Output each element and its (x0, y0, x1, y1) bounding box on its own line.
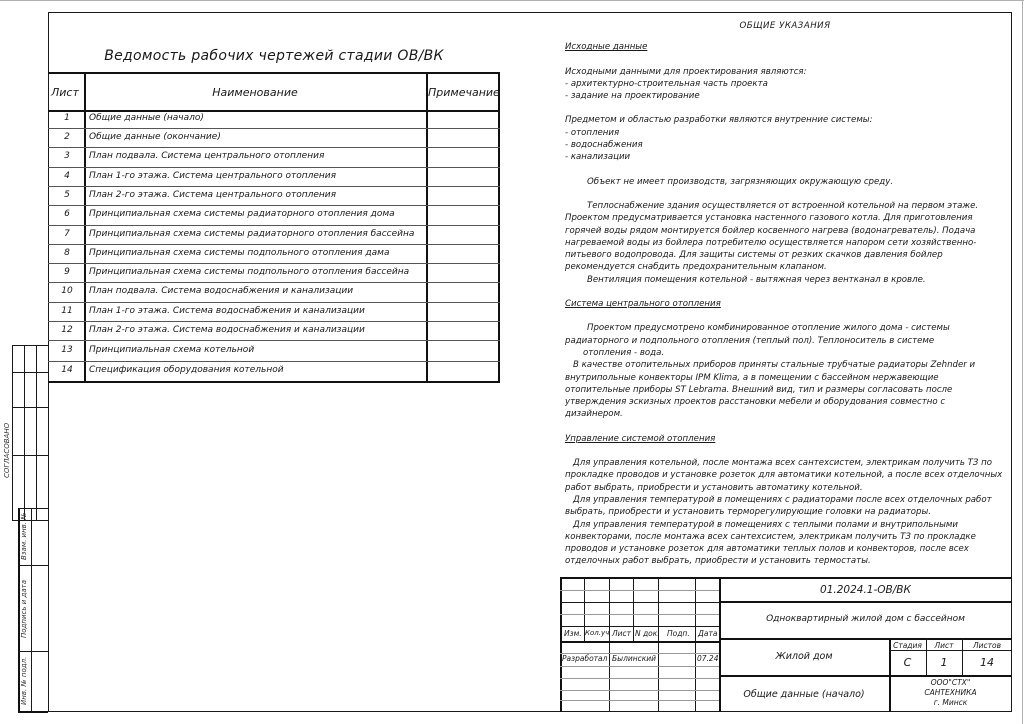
notes-text: Исходными данными для проектирования явл… (565, 66, 1005, 78)
agreed-label: СОГЛАСОВАНО (3, 423, 11, 478)
notes-text: Проектом предусмотрено комбинированное о… (565, 322, 1005, 347)
ledger-row-name: Спецификация оборудования котельной (89, 365, 284, 375)
ledger-row-sheet: 5 (50, 190, 84, 200)
ledger-row-sheet: 7 (50, 229, 84, 239)
tb-sheet: 1 (926, 656, 962, 669)
tb-sheets: 14 (962, 656, 1012, 669)
section-heading-heating: Система центрального отопления (565, 298, 1005, 310)
section-heading-source-data: Исходные данные (565, 41, 1005, 53)
ledger-row-sheet: 3 (50, 151, 84, 161)
ledger-row-name: План 2-го этажа. Система центрального от… (89, 190, 336, 200)
tb-stage: С (889, 656, 926, 669)
tb-sheets-label: Листов (962, 641, 1012, 650)
ledger-row-name: Общие данные (начало) (89, 113, 204, 123)
tb-building: Жилой дом (719, 651, 889, 662)
section-heading-control: Управление системой отопления (565, 433, 1005, 445)
ledger-row-sheet: 13 (50, 345, 84, 355)
tb-header-sign: Подп. (667, 629, 690, 638)
notes-text: Для управления температурой в помещениях… (565, 519, 1005, 568)
notes-text: Вентиляция помещения котельной - вытяжна… (565, 274, 1005, 286)
ledger-row-sheet: 6 (50, 209, 84, 219)
ledger-title: Ведомость рабочих чертежей стадии ОВ/ВК (48, 48, 500, 64)
notes-text: В качестве отопительных приборов приняты… (565, 359, 1005, 420)
ledger-row-name: План 1-го этажа. Система водоснабжения и… (89, 306, 365, 316)
general-notes: ОБЩИЕ УКАЗАНИЯ Исходные данные Исходными… (565, 20, 1005, 568)
tb-code: 01.2024.1-ОВ/ВК (719, 584, 1012, 596)
page-edge (1022, 0, 1023, 724)
tb-date: 07.24 (697, 654, 718, 663)
ledger-row-sheet: 12 (50, 325, 84, 335)
notes-title: ОБЩИЕ УКАЗАНИЯ (565, 20, 1005, 32)
ledger-row-name: Общие данные (окончание) (89, 132, 221, 142)
ledger-row-name: Принципиальная схема котельной (89, 345, 254, 355)
ledger-row-name: Принципиальная схема системы подпольного… (89, 248, 389, 258)
notes-text: Для управления температурой в помещениях… (565, 494, 1005, 519)
page-edge (0, 0, 1024, 1)
ledger-header-note: Примечание (428, 86, 500, 99)
tb-header-change: Изм. (564, 629, 582, 638)
ledger-row-sheet: 14 (50, 365, 84, 375)
ledger-row-sheet: 9 (50, 267, 84, 277)
tb-stage-label: Стадия (889, 641, 926, 650)
ledger-row-sheet: 10 (50, 286, 84, 296)
ledger-row-sheet: 8 (50, 248, 84, 258)
tb-organization: ООО"СТХ" САНТЕХНИКА г. Минск (889, 678, 1012, 708)
ledger-row-name: Принципиальная схема системы радиаторног… (89, 229, 414, 239)
tb-developer: Былинский (612, 654, 656, 663)
sign-date-label: Подпись и дата (20, 580, 28, 638)
notes-text: Объект не имеет производств, загрязняющи… (565, 176, 1005, 188)
notes-list-item: - архитектурно-строительная часть проект… (565, 78, 1005, 90)
tb-header-date: Дата (698, 629, 717, 638)
notes-text: Предметом и областью разработки являются… (565, 114, 1005, 126)
tb-header-docno: N док. (635, 629, 660, 638)
tb-sheet-label: Лист (926, 641, 962, 650)
tb-header-sheet: Лист (612, 629, 631, 638)
notes-text: отопления - вода. (565, 347, 1005, 359)
ledger-row-name: План 2-го этажа. Система водоснабжения и… (89, 325, 365, 335)
notes-list-item: - канализации (565, 151, 1005, 163)
inv-orig-label: Инв. № подл. (20, 657, 28, 705)
tb-header-qty: Кол.уч (585, 629, 609, 637)
tb-org-line: САНТЕХНИКА (889, 688, 1012, 698)
ledger-row-name: План подвала. Система водоснабжения и ка… (89, 286, 353, 296)
tb-org-line: г. Минск (889, 698, 1012, 708)
ledger-row-sheet: 2 (50, 132, 84, 142)
ledger-header-sheet: Лист (51, 86, 79, 99)
ledger-row-name: План подвала. Система центрального отопл… (89, 151, 324, 161)
ledger-row-sheet: 11 (50, 306, 84, 316)
notes-list-item: - отопления (565, 127, 1005, 139)
notes-text: Для управления котельной, после монтажа … (565, 457, 1005, 494)
tb-developed-label: Разработал (562, 654, 607, 663)
ledger-row-sheet: 1 (50, 113, 84, 123)
tb-project: Одноквартирный жилой дом с бассейном (719, 614, 1012, 624)
ledger-row-name: Принципиальная схема системы радиаторног… (89, 209, 395, 219)
tb-org-line: ООО"СТХ" (889, 678, 1012, 688)
notes-text: Теплоснабжение здания осуществляется от … (565, 200, 1005, 274)
notes-list-item: - задание на проектирование (565, 90, 1005, 102)
ledger-row-name: План 1-го этажа. Система центрального от… (89, 171, 336, 181)
ledger-row-name: Принципиальная схема системы подпольного… (89, 267, 409, 277)
tb-sheet-title: Общие данные (начало) (719, 689, 889, 700)
notes-list-item: - водоснабжения (565, 139, 1005, 151)
replaced-inv-label: Взам. инв. № (20, 512, 28, 560)
ledger-header-name: Наименование (84, 86, 426, 99)
ledger-row-sheet: 4 (50, 171, 84, 181)
